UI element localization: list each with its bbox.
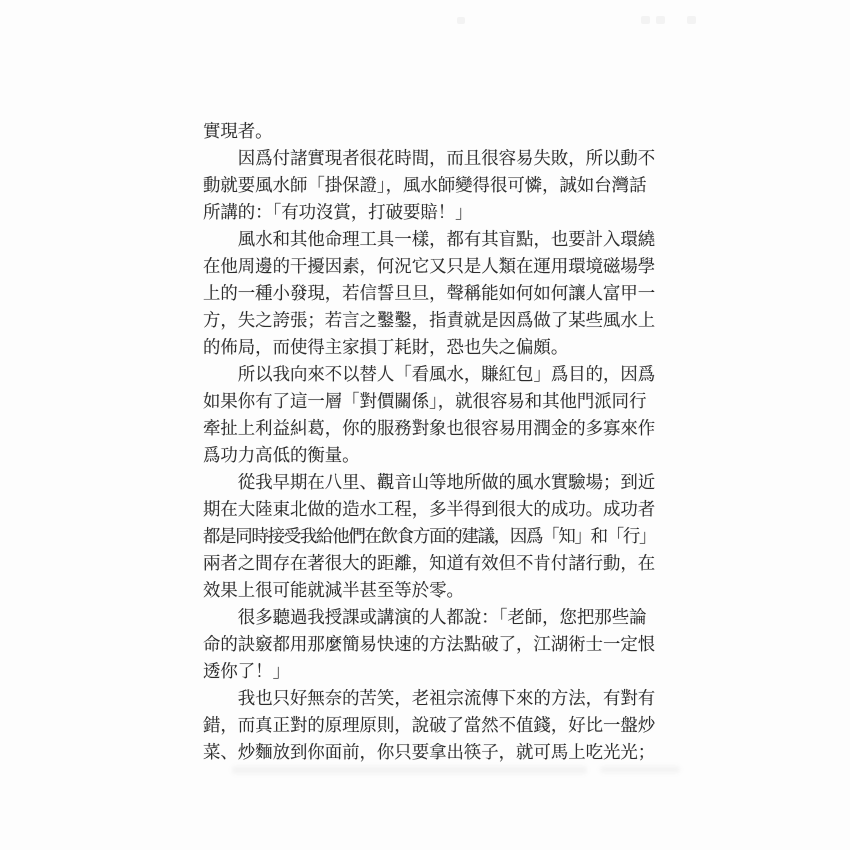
text-line: 方，失之誇張；若言之鑿鑿，指責就是因爲做了某些風水上: [203, 307, 659, 334]
text-line: 動就要風水師「掛保證」，風水師變得很可憐，誠如台灣話: [203, 172, 659, 199]
body-text: 實現者。因爲付諸實現者很花時間，而且很容易失敗，所以動不動就要風水師「掛保證」，…: [203, 118, 659, 766]
show-through-ghost: [600, 766, 680, 773]
text-line: 兩者之間存在著很大的距離，知道有效但不肯付諸行動，在: [203, 550, 659, 577]
text-line: 在他周邊的干擾因素，何況它又只是人類在運用環境磁場學: [203, 253, 659, 280]
scan-artifact: [656, 16, 665, 24]
text-line: 從我早期在八里、觀音山等地所做的風水實驗場；到近: [203, 469, 659, 496]
scan-artifact: [641, 16, 650, 24]
text-line: 都是同時接受我給他們在飲食方面的建議，因爲「知」和「行」: [203, 523, 659, 550]
text-line: 效果上很可能就減半甚至等於零。: [203, 577, 659, 604]
text-line: 命的訣竅都用那麼簡易快速的方法點破了，江湖術士一定恨: [203, 631, 659, 658]
text-line: 所講的：「有功沒賞，打破要賠！」: [203, 199, 659, 226]
text-line: 爲功力高低的衡量。: [203, 442, 659, 469]
text-line: 錯，而真正對的原理原則，說破了當然不值錢，好比一盤炒: [203, 712, 659, 739]
scan-artifact: [457, 17, 465, 24]
text-line: 我也只好無奈的苦笑，老祖宗流傳下來的方法，有對有: [203, 685, 659, 712]
text-line: 透你了！」: [203, 658, 659, 685]
text-line: 所以我向來不以替人「看風水，賺紅包」爲目的，因爲: [203, 361, 659, 388]
text-line: 菜、炒麵放到你面前，你只要拿出筷子，就可馬上吃光光；: [203, 739, 659, 766]
text-line: 風水和其他命理工具一樣，都有其盲點，也要計入環繞: [203, 226, 659, 253]
text-line: 因爲付諸實現者很花時間，而且很容易失敗，所以動不: [203, 145, 659, 172]
text-line: 很多聽過我授課或講演的人都說：「老師，您把那些論: [203, 604, 659, 631]
text-line: 如果你有了這一層「對價關係」，就很容易和其他門派同行: [203, 388, 659, 415]
text-line: 上的一種小發現，若信誓旦旦，聲稱能如何如何讓人富甲一: [203, 280, 659, 307]
text-line: 牽扯上利益糾葛，你的服務對象也很容易用潤金的多寡來作: [203, 415, 659, 442]
text-line: 的佈局，而使得主家損丁耗財，恐也失之偏頗。: [203, 334, 659, 361]
show-through-ghost: [232, 766, 587, 774]
text-line: 期在大陸東北做的造水工程，多半得到很大的成功。成功者: [203, 496, 659, 523]
text-line: 實現者。: [203, 118, 659, 145]
book-page: 實現者。因爲付諸實現者很花時間，而且很容易失敗，所以動不動就要風水師「掛保證」，…: [0, 0, 850, 850]
scan-artifact: [687, 16, 696, 24]
